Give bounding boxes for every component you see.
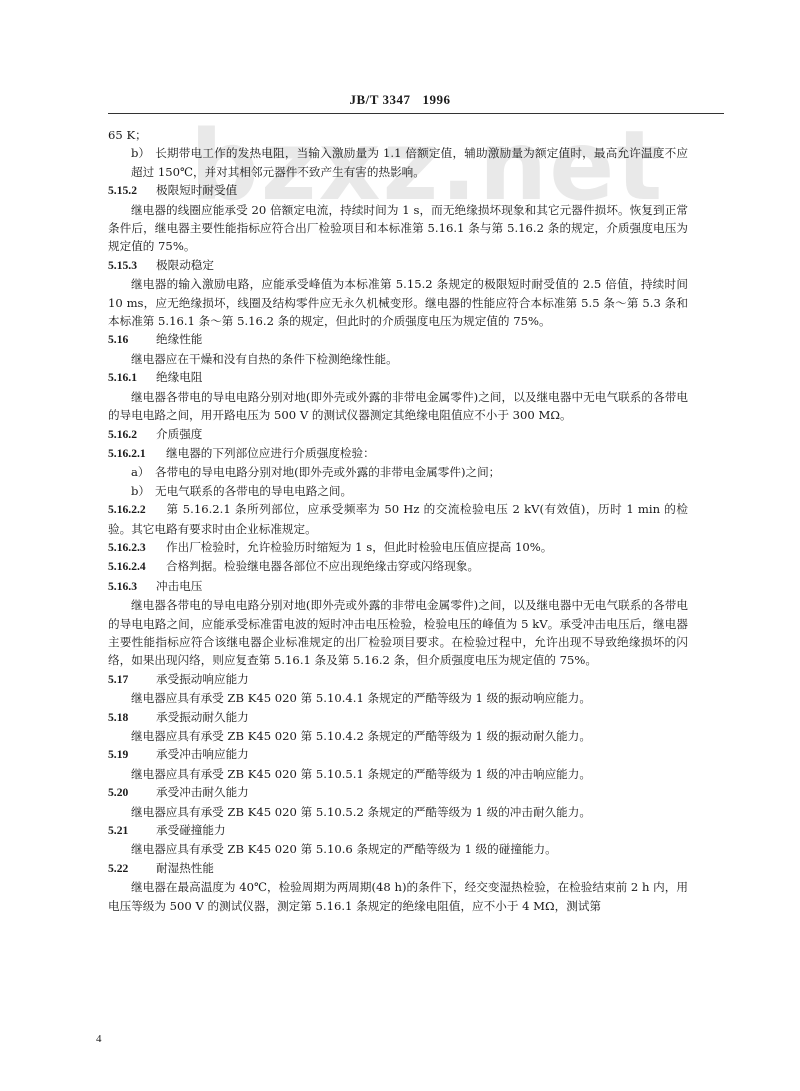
paragraph-text: 65 K； [108,128,147,142]
section-heading: 5.15.2极限短时耐受值 [108,181,688,200]
section-number: 5.20 [108,784,156,802]
clause-text: 作出厂检验时，允许检验历时缩短为 1 s，但此时检验电压值应提高 10%。 [166,540,552,554]
section-heading: 5.17承受振动响应能力 [108,670,688,689]
standard-code: JB/T 3347 [350,92,411,107]
section-heading: 5.22耐湿热性能 [108,859,688,878]
section-number: 5.16 [108,331,156,349]
section-title: 承受碰撞能力 [156,823,226,837]
page-number: 4 [96,1033,102,1045]
section-number: 5.15.2 [108,182,156,200]
paragraph: 继电器各带电的导电电路分别对地(即外壳或外露的非带电金属零件)之间，以及继电器中… [108,596,688,670]
clause: 5.16.2.3作出厂检验时，允许检验历时缩短为 1 s，但此时检验电压值应提高… [108,538,688,557]
section-heading: 5.16绝缘性能 [108,330,688,349]
section-title: 绝缘性能 [156,332,202,346]
paragraph: 继电器的线圈应能承受 20 倍额定电流，持续时间为 1 s，而无绝缘损坏现象和其… [108,201,688,256]
section-heading: 5.16.2介质强度 [108,425,688,444]
section-title: 承受冲击响应能力 [156,747,249,761]
paragraph: 继电器在最高温度为 40℃，检验周期为两周期(48 h)的条件下，经交变湿热检验… [108,878,688,915]
section-number: 5.19 [108,746,156,764]
paragraph: 继电器各带电的导电电路分别对地(即外壳或外露的非带电金属零件)之间，以及继电器中… [108,388,688,425]
paragraph: 继电器的输入激励电路，应能承受峰值为本标准第 5.15.2 条规定的极限短时耐受… [108,275,688,330]
clause: 5.16.2.1继电器的下列部位应进行介质强度检验： [108,444,688,463]
section-heading: 5.16.3冲击电压 [108,577,688,596]
section-title: 绝缘电阻 [156,370,202,384]
section-title: 极限短时耐受值 [156,183,237,197]
clause-text: 第 5.16.2.1 条所列部位，应承受频率为 50 Hz 的交流检验电压 2 … [108,502,688,535]
paragraph: 继电器应在干燥和没有自热的条件下检测绝缘性能。 [108,350,688,368]
list-text: 各带电的导电电路分别对地(即外壳或外露的非带电金属零件)之间； [155,465,500,479]
section-title: 承受冲击耐久能力 [156,785,249,799]
section-heading: 5.16.1绝缘电阻 [108,368,688,387]
section-number: 5.18 [108,709,156,727]
list-label: b） [131,482,155,500]
clause-text: 继电器的下列部位应进行介质强度检验： [166,446,375,460]
section-number: 5.21 [108,822,156,840]
clause: 5.16.2.4合格判据。检验继电器各部位不应出现绝缘击穿或闪络现象。 [108,557,688,576]
section-title: 耐湿热性能 [156,861,214,875]
section-title: 冲击电压 [156,579,202,593]
list-text: 无电气联系的各带电的导电电路之间。 [155,484,352,498]
section-number: 5.15.3 [108,257,156,275]
section-heading: 5.18承受振动耐久能力 [108,708,688,727]
list-text: 长期带电工作的发热电阻，当输入激励量为 1.1 倍额定值，辅助激励量为额定值时，… [131,146,688,178]
list-label: a） [131,463,155,481]
section-number: 5.16.3 [108,578,156,596]
clause-number: 5.16.2.3 [108,539,166,557]
list-label: b） [131,144,155,162]
section-heading: 5.15.3极限动稳定 [108,256,688,275]
paragraph: 继电器应具有承受 ZB K45 020 第 5.10.4.1 条规定的严酷等级为… [108,689,688,707]
paragraph: 65 K； [108,126,688,144]
clause-number: 5.16.2.2 [108,501,166,519]
section-number: 5.16.1 [108,369,156,387]
list-item: b）无电气联系的各带电的导电电路之间。 [108,482,688,500]
section-title: 承受振动耐久能力 [156,710,249,724]
standard-year: 1996 [422,92,450,107]
paragraph: 继电器应具有承受 ZB K45 020 第 5.10.5.2 条规定的严酷等级为… [108,803,688,821]
list-item: b）长期带电工作的发热电阻，当输入激励量为 1.1 倍额定值，辅助激励量为额定值… [108,144,688,181]
clause: 5.16.2.2第 5.16.2.1 条所列部位，应承受频率为 50 Hz 的交… [108,500,688,538]
section-heading: 5.20承受冲击耐久能力 [108,783,688,802]
clause-number: 5.16.2.1 [108,445,166,463]
section-title: 承受振动响应能力 [156,672,249,686]
paragraph: 继电器应具有承受 ZB K45 020 第 5.10.5.1 条规定的严酷等级为… [108,765,688,783]
section-number: 5.17 [108,671,156,689]
section-title: 极限动稳定 [156,258,214,272]
clause-number: 5.16.2.4 [108,558,166,576]
section-number: 5.22 [108,860,156,878]
section-heading: 5.21承受碰撞能力 [108,821,688,840]
header-divider [108,113,724,114]
section-number: 5.16.2 [108,426,156,444]
list-item: a）各带电的导电电路分别对地(即外壳或外露的非带电金属零件)之间； [108,463,688,481]
section-title: 介质强度 [156,427,202,441]
paragraph: 继电器应具有承受 ZB K45 020 第 5.10.6 条规定的严酷等级为 1… [108,840,688,858]
section-heading: 5.19承受冲击响应能力 [108,745,688,764]
paragraph: 继电器应具有承受 ZB K45 020 第 5.10.4.2 条规定的严酷等级为… [108,727,688,745]
document-body: 65 K； b）长期带电工作的发热电阻，当输入激励量为 1.1 倍额定值，辅助激… [108,126,688,915]
page-header: JB/T 33471996 [0,92,800,108]
clause-text: 合格判据。检验继电器各部位不应出现绝缘击穿或闪络现象。 [166,559,479,573]
